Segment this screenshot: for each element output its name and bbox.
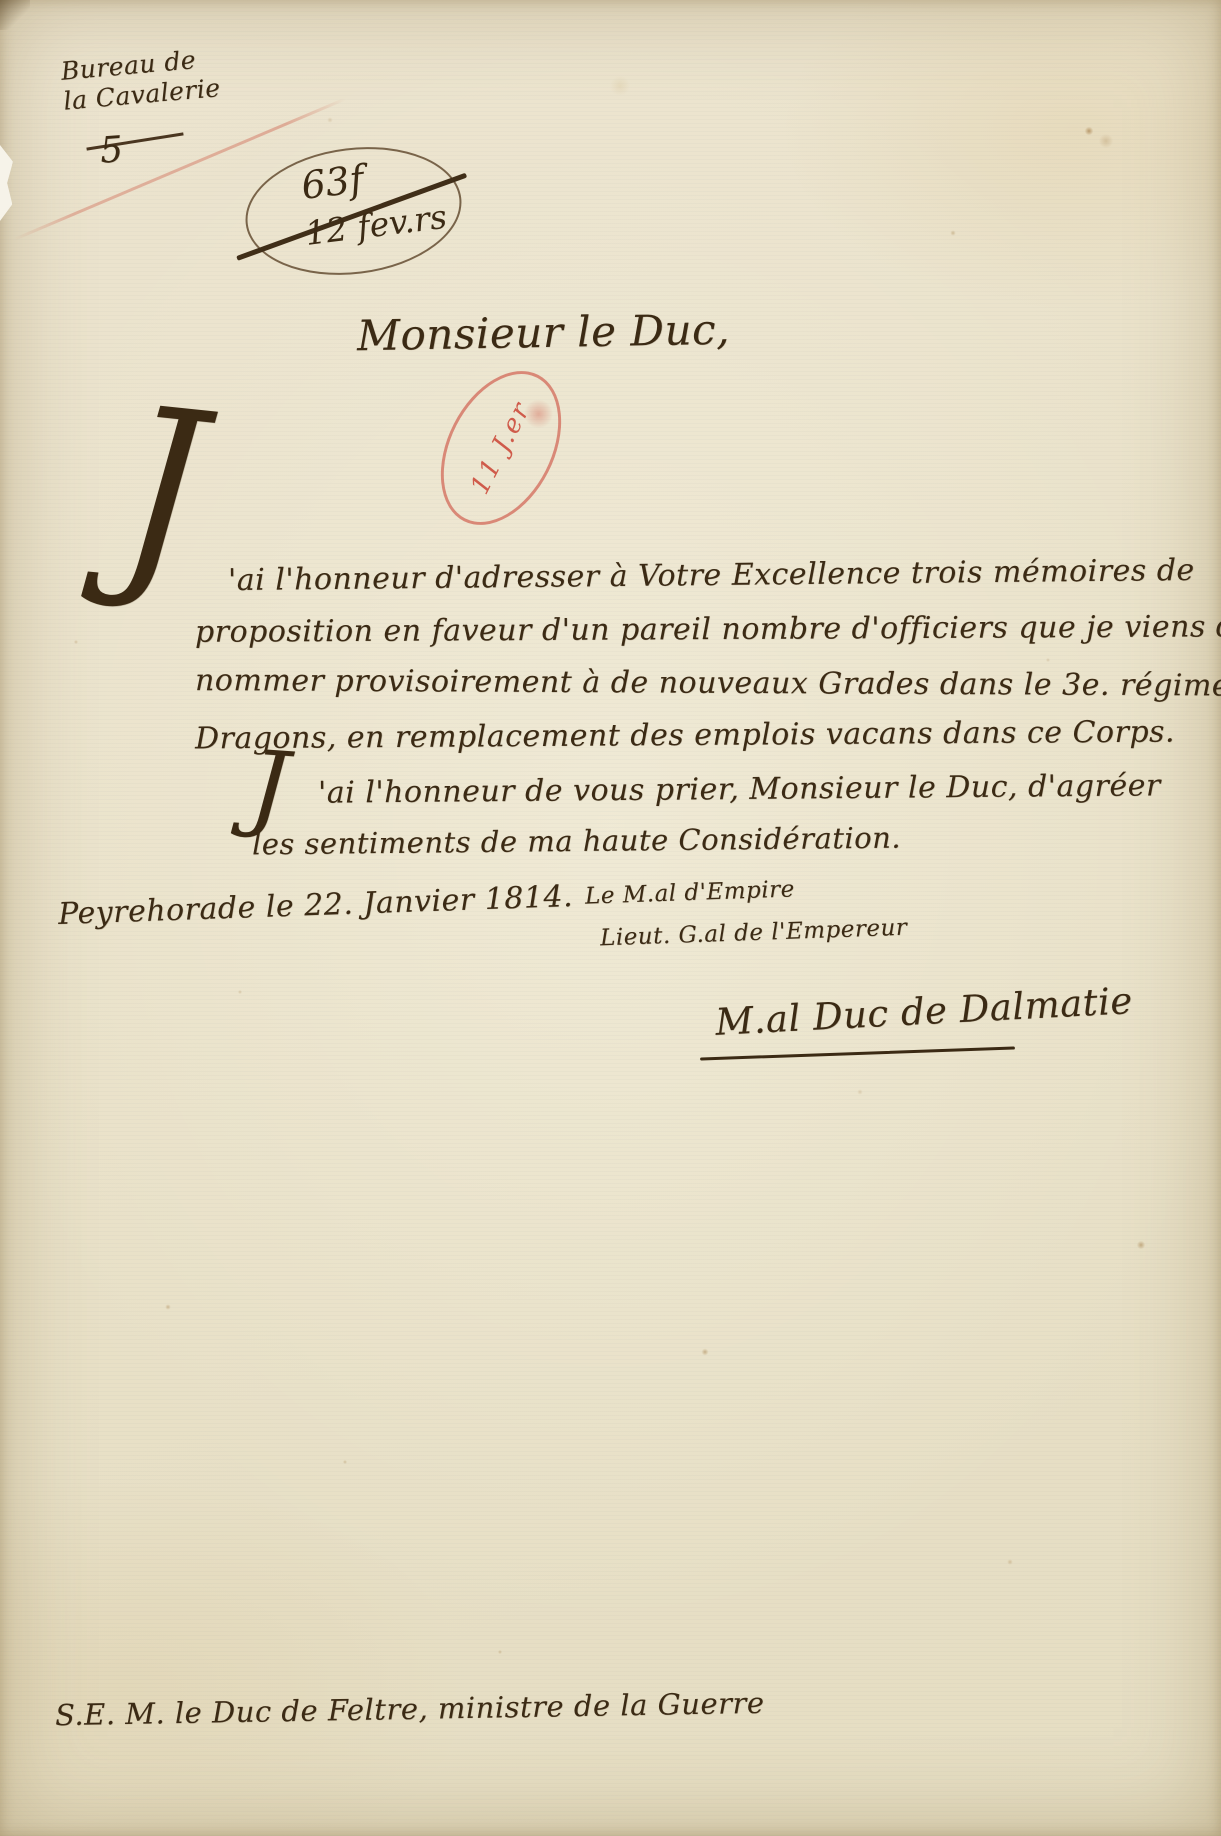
registry-number: 63f: [299, 157, 366, 208]
body-line-1: 'ai l'honneur d'adresser à Votre Excelle…: [228, 553, 1195, 598]
body-line-2: proposition en faveur d'un pareil nombre…: [195, 609, 1221, 650]
bureau-number: 5: [99, 129, 125, 172]
document-page: Bureau de la Cavalerie 5 63f 12 fev.rs M…: [0, 0, 1221, 1836]
signature-flourish: [700, 1047, 1015, 1061]
paragraph1-initial: J: [111, 360, 214, 621]
body-line-5: 'ai l'honneur de vous prier, Monsieur le…: [318, 768, 1161, 810]
address-footer: S.E. M. le Duc de Feltre, ministre de la…: [55, 1686, 765, 1732]
corner-shade: [0, 0, 30, 30]
stamp-text: 11 J.er: [465, 397, 537, 500]
body-line-3: nommer provisoirement à de nouveaux Grad…: [195, 663, 1221, 704]
closing-title-line-1: Le M.al d'Empire: [585, 876, 796, 909]
dateline: Peyrehorade le 22. Janvier 1814.: [58, 879, 574, 932]
registry-oval: 63f 12 fev.rs: [238, 135, 469, 287]
signature: M.al Duc de Dalmatie: [714, 979, 1134, 1044]
closing-title-line-2: Lieut. G.al de l'Empereur: [600, 915, 908, 952]
bureau-annotation: Bureau de la Cavalerie: [60, 43, 222, 116]
edge-tear: [0, 145, 13, 221]
red-date-stamp: 11 J.er: [417, 351, 586, 545]
salutation: Monsieur le Duc,: [357, 305, 731, 361]
body-line-4: Dragons, en remplacement des emplois vac…: [195, 715, 1175, 757]
body-line-6: les sentiments de ma haute Considération…: [252, 821, 901, 862]
